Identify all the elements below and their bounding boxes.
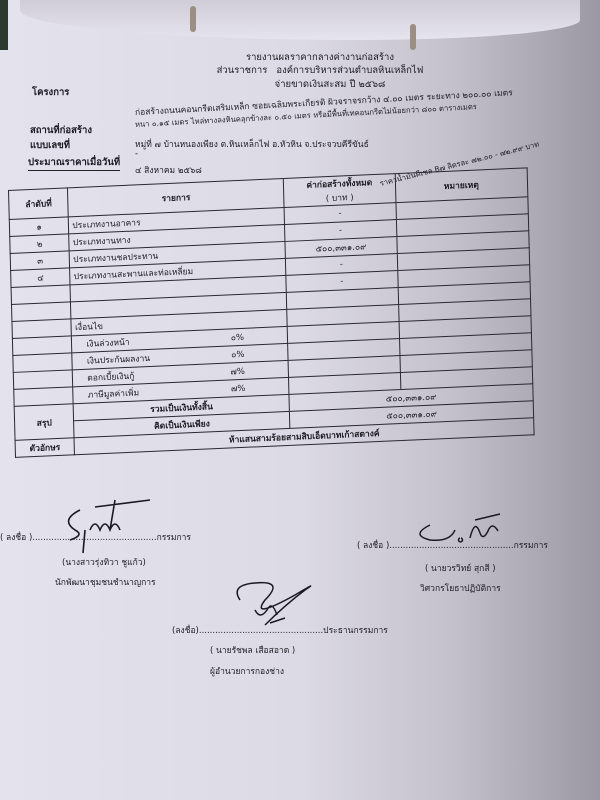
location-label: สถานที่ก่อสร้าง [30, 123, 92, 138]
plan-label: แบบเลขที่ [30, 138, 70, 153]
right-sign-line: ( ลงชื่อ )..............................… [357, 538, 548, 552]
right-signer-name: ( นายวรวิทย์ สุกสี ) [425, 561, 496, 575]
chair-sign-line: (ลงชื่อ)................................… [172, 623, 388, 637]
words-label: ตัวอักษร [15, 438, 75, 458]
condition-label: ดอกเบี้ยเงินกู้ [87, 372, 134, 384]
header-no: ลำดับที่ [9, 188, 69, 220]
plan-value: - [135, 149, 138, 159]
agency-name: องค์การบริหารส่วนตำบลหินเหล็กไฟ [276, 65, 423, 76]
signature-scribble [225, 575, 335, 630]
left-sign-line: ( ลงชื่อ )..............................… [0, 530, 191, 544]
folded-page-top [20, 0, 580, 40]
chair-signer-name: ( นายรัชพล เสือสอาด ) [210, 643, 295, 657]
sign-dots: ........................................… [32, 533, 156, 543]
sign-prefix: ( ลงชื่อ ) [357, 541, 389, 551]
signature-scribble [55, 495, 155, 555]
document-page: รายงานผลราคากลางค่างานก่อสร้าง ส่วนราชกา… [0, 0, 600, 800]
left-role: กรรมการ [157, 533, 191, 543]
binder-clip [190, 6, 196, 32]
sign-prefix: ( ลงชื่อ ) [0, 533, 32, 543]
condition-pct: ๐% [231, 330, 245, 345]
cost-table: ลำดับที่ รายการ ค่าก่อสร้างทั้งหมด ( บาท… [8, 167, 535, 458]
condition-label: เงินประกันผลงาน [87, 354, 150, 367]
binder-clip [410, 24, 416, 50]
condition-label: เงินล่วงหน้า [86, 338, 129, 350]
estimate-date-value: ๔ สิงหาคม ๒๕๖๘ [135, 163, 202, 177]
agency-line: ส่วนราชการ องค์การบริหารส่วนตำบลหินเหล็ก… [20, 63, 600, 78]
sign-dots: ........................................… [389, 541, 513, 551]
condition-pct: ๗% [230, 364, 245, 379]
background-edge [0, 0, 8, 50]
location-value: หมู่ที่ ๗ บ้านหนองเพียง ต.หินเหล็กไฟ อ.ห… [135, 137, 369, 151]
project-label: โครงการ [32, 85, 69, 100]
condition-pct: ๐% [231, 347, 245, 362]
left-signer-name: (นางสาวรุ่งทิวา ชูแก้ว) [62, 555, 146, 569]
chair-role: ประธานกรรมการ [323, 626, 388, 636]
right-role: กรรมการ [514, 541, 548, 551]
left-signer-position: นักพัฒนาชุมชนชำนาญการ [55, 575, 156, 589]
chair-signer-position: ผู้อำนวยการกองช่าง [210, 664, 284, 678]
agency-label: ส่วนราชการ [217, 65, 268, 76]
sign-prefix: (ลงชื่อ) [172, 626, 199, 636]
condition-label: ภาษีมูลค่าเพิ่ม [88, 388, 140, 400]
condition-pct: ๗% [231, 381, 246, 396]
budget-line: จ่ายขาดเงินสะสม ปี ๒๕๖๘ [30, 77, 600, 92]
right-signer-position: วิศวกรโยธาปฏิบัติการ [420, 581, 501, 595]
estimate-date-label: ประมาณราคาเมื่อวันที่ [28, 155, 120, 171]
summary-label: สรุป [14, 404, 74, 441]
sign-dots: ........................................… [199, 626, 323, 636]
